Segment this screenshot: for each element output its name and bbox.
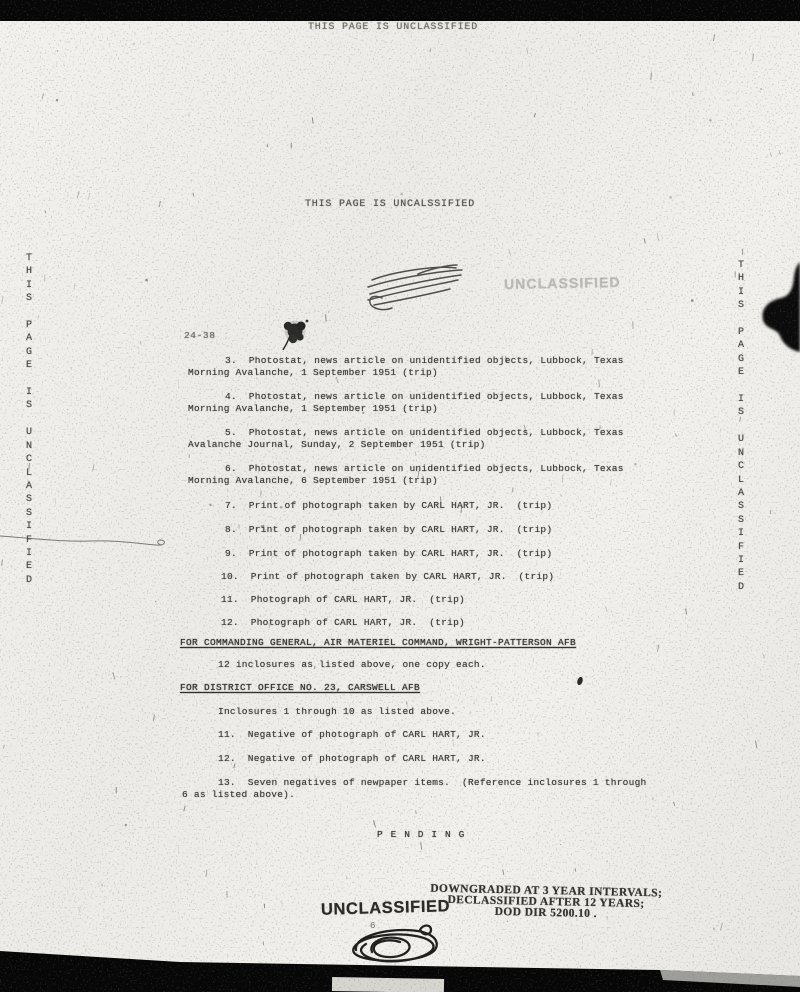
typed-line: 9. Print of photograph taken by CARL HAR… — [225, 548, 552, 560]
typed-line: Morning Avalanche, 6 September 1951 (tri… — [188, 475, 438, 487]
typed-line: 11. Photograph of CARL HART, JR. (trip) — [221, 594, 465, 606]
section-heading: FOR DISTRICT OFFICE NO. 23, CARSWELL AFB — [180, 682, 420, 694]
typed-line: 3. Photostat, news article on unidentifi… — [225, 355, 624, 367]
unclassified-stamp: UNCLASSIFIED — [321, 897, 451, 919]
speckle-noise — [1, 34, 781, 945]
left-margin-vertical-text: T H I S P A G E I S U N C L A S S I F I … — [20, 252, 38, 587]
downgrade-notice: DOWNGRADED AT 3 YEAR INTERVALS; DECLASSI… — [420, 883, 673, 922]
edge-ink-blob — [762, 262, 800, 352]
page-heading: THIS PAGE IS UNCALSSIFIED — [305, 199, 475, 211]
typed-line: 11. Negative of photograph of CARL HART,… — [218, 729, 486, 741]
typed-line: Morning Avalanche, 1 September 1951 (tri… — [188, 403, 438, 415]
page-number: 6 — [370, 921, 375, 931]
typed-line: 4. Photostat, news article on unidentifi… — [225, 391, 624, 403]
typed-line: 8. Print of photograph taken by CARL HAR… — [225, 524, 552, 536]
typed-line: 13. Seven negatives of newpaper items. (… — [218, 777, 646, 789]
typed-line: Inclosures 1 through 10 as listed above. — [218, 706, 456, 718]
typed-line: 7. Print of photograph taken by CARL HAR… — [225, 500, 552, 512]
pen-scribble — [368, 265, 462, 310]
typed-line: 12 inclosures as listed above, one copy … — [218, 659, 486, 671]
typed-line: Avalanche Journal, Sunday, 2 September 1… — [188, 439, 486, 451]
section-heading: FOR COMMANDING GENERAL, AIR MATERIEL COM… — [180, 637, 576, 649]
typed-line: 12. Negative of photograph of CARL HART,… — [218, 753, 486, 765]
ink-blot — [283, 320, 308, 350]
typed-line: Morning Avalanche, 1 September 1951 (tri… — [188, 367, 438, 379]
scanned-document-page: THIS PAGE IS UNCLASSIFIED T H I S P A G … — [0, 0, 800, 992]
scan-edge-top-bar — [0, 0, 800, 21]
scan-artifacts-layer — [0, 0, 800, 992]
typed-line: 12. Photograph of CARL HART, JR. (trip) — [221, 617, 465, 629]
typed-line: 5. Photostat, news article on unidentifi… — [225, 427, 624, 439]
file-number: 24-38 — [184, 330, 216, 341]
ink-speck — [576, 676, 584, 686]
faint-unclassified-stamp: UNCLASSIFIED — [504, 275, 621, 292]
pending-status: P E N D I N G — [377, 829, 465, 840]
top-banner-text: THIS PAGE IS UNCLASSIFIED — [308, 22, 478, 34]
scan-edge-bottom — [0, 951, 800, 992]
typed-line: 6. Photostat, news article on unidentifi… — [225, 463, 624, 475]
bottom-scribble — [353, 926, 437, 962]
right-margin-vertical-text: T H I S P A G E I S U N C L A S S I F I … — [732, 259, 750, 594]
typed-line: 6 as listed above). — [182, 789, 295, 801]
typed-line: 10. Print of photograph taken by CARL HA… — [221, 571, 554, 583]
